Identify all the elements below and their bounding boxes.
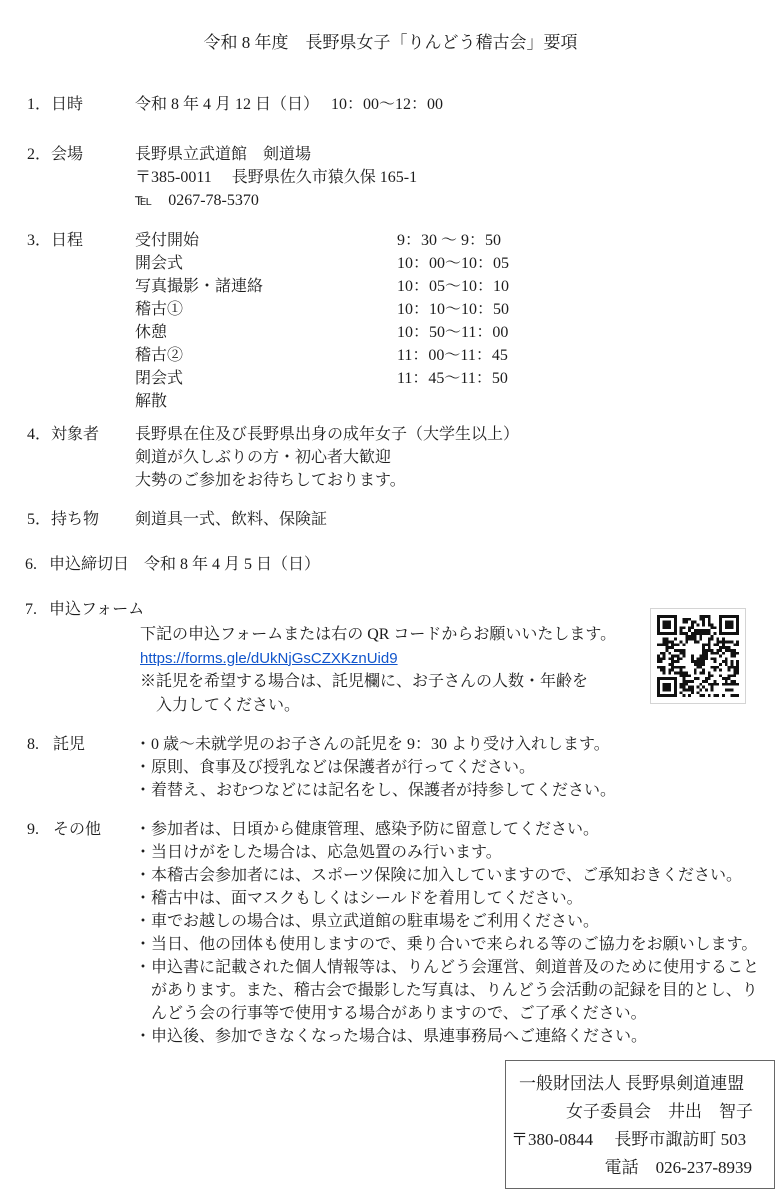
form-instruction-line: ※託児を希望する場合は、託児欄に、お子さんの人数・年齢を [140, 670, 660, 694]
childcare-details: ・0 歳～未就学児のお子さんの託児を 9：30 より受け入れします。 ・原則、食… [135, 733, 767, 802]
organizer-phone: 電話 026-237-8939 [506, 1154, 774, 1182]
section-childcare: 8.託児 ・0 歳～未就学児のお子さんの託児を 9：30 より受け入れします。 … [27, 733, 767, 802]
form-instruction-line: 入力してください。 [140, 694, 660, 718]
other-line: ・当日けがをした場合は、応急処置のみ行います。 [135, 841, 767, 864]
section-audience: 4．対象者 長野県在住及び長野県出身の成年女子（大学生以上） 剣道が久しぶりの方… [27, 423, 767, 492]
section-belongings: 5．持ち物 剣道具一式、飲料、保険証 [27, 508, 767, 531]
section-form: 7.申込フォーム [25, 598, 144, 621]
section-venue-label: 2．会場 [27, 143, 135, 212]
other-line: ・稽古中は、面マスクもしくはシールドを着用してください。 [135, 887, 767, 910]
audience-line: 剣道が久しぶりの方・初心者大歓迎 [135, 446, 767, 469]
application-form-link[interactable]: https://forms.gle/dUkNjGsCZXKznUid9 [140, 647, 398, 671]
organizer-contact-box: 一般財団法人 長野県剣道連盟 女子委員会 井出 智子 〒380-0844 長野市… [505, 1060, 775, 1189]
section-belongings-label: 5．持ち物 [27, 508, 135, 531]
section-datetime-label: 1．日時 [27, 93, 135, 116]
schedule-table: 受付開始9：30 ～ 9：50 開会式10：00～10：05 写真撮影・諸連絡1… [135, 229, 767, 413]
schedule-row: 受付開始9：30 ～ 9：50 [135, 229, 767, 252]
audience-details: 長野県在住及び長野県出身の成年女子（大学生以上） 剣道が久しぶりの方・初心者大歓… [135, 423, 767, 492]
deadline-label: 申込締切日 [49, 556, 129, 573]
form-instructions: 下記の申込フォームまたは右の QR コードからお願いいたします。 https:/… [140, 623, 660, 717]
section-audience-label: 4．対象者 [27, 423, 135, 492]
section-datetime: 1．日時 令和 8 年 4 月 12 日（日） 10：00～12：00 [27, 93, 767, 116]
audience-line: 長野県在住及び長野県出身の成年女子（大学生以上） [135, 423, 767, 446]
other-line: んどう会の行事等で使用する場合がありますので、ご了承ください。 [135, 1002, 767, 1025]
other-line: ・本稽古会参加者には、スポーツ保険に加入していますので、ご承知おきください。 [135, 864, 767, 887]
qr-code [650, 608, 746, 704]
schedule-row: 写真撮影・諸連絡10：05～10：10 [135, 275, 767, 298]
other-line: があります。また、稽古会で撮影した写真は、りんどう会活動の記録を目的とし、り [135, 979, 767, 1002]
datetime-value: 令和 8 年 4 月 12 日（日） 10：00～12：00 [135, 93, 767, 116]
childcare-line: ・原則、食事及び授乳などは保護者が行ってください。 [135, 756, 767, 779]
section-schedule-label: 3．日程 [27, 229, 135, 413]
venue-address: 〒385-0011 長野県佐久市猿久保 165-1 [135, 166, 767, 189]
childcare-line: ・着替え、おむつなどには記名をし、保護者が持参してください。 [135, 779, 767, 802]
page-title: 令和 8 年度 長野県女子「りんどう稽古会」要項 [0, 31, 781, 54]
schedule-row: 解散 [135, 390, 767, 413]
section-venue: 2．会場 長野県立武道館 剣道場 〒385-0011 長野県佐久市猿久保 165… [27, 143, 767, 212]
form-label: 申込フォーム [49, 601, 144, 618]
section-schedule: 3．日程 受付開始9：30 ～ 9：50 開会式10：00～10：05 写真撮影… [27, 229, 767, 413]
belongings-value: 剣道具一式、飲料、保険証 [135, 508, 767, 531]
organizer-name: 一般財団法人 長野県剣道連盟 [506, 1070, 774, 1098]
other-line: ・申込後、参加できなくなった場合は、県連事務局へご連絡ください。 [135, 1025, 767, 1048]
form-instruction-line: 下記の申込フォームまたは右の QR コードからお願いいたします。 [140, 623, 660, 647]
schedule-row: 休憩10：50～11：00 [135, 321, 767, 344]
form-num: 7. [25, 601, 37, 618]
qr-code-image [657, 615, 739, 697]
other-line: ・参加者は、日頃から健康管理、感染予防に留意してください。 [135, 818, 767, 841]
childcare-line: ・0 歳～未就学児のお子さんの託児を 9：30 より受け入れします。 [135, 733, 767, 756]
section-deadline: 6.申込締切日令和 8 年 4 月 5 日（日） [25, 553, 320, 576]
venue-phone: ℡ 0267-78-5370 [135, 189, 767, 212]
section-other: 9.その他 ・参加者は、日頃から健康管理、感染予防に留意してください。 ・当日け… [27, 818, 767, 1048]
organizer-committee: 女子委員会 井出 智子 [506, 1098, 774, 1126]
schedule-row: 閉会式11：45～11：50 [135, 367, 767, 390]
other-details: ・参加者は、日頃から健康管理、感染予防に留意してください。 ・当日けがをした場合… [135, 818, 767, 1048]
document-page: 令和 8 年度 長野県女子「りんどう稽古会」要項 1．日時 令和 8 年 4 月… [0, 0, 781, 1200]
section-childcare-label: 8.託児 [27, 733, 135, 802]
audience-line: 大勢のご参加をお待ちしております。 [135, 469, 767, 492]
schedule-row: 開会式10：00～10：05 [135, 252, 767, 275]
venue-name: 長野県立武道館 剣道場 [135, 143, 767, 166]
deadline-value: 令和 8 年 4 月 5 日（日） [144, 556, 320, 573]
schedule-row: 稽古①10：10～10：50 [135, 298, 767, 321]
other-line: ・当日、他の団体も使用しますので、乗り合いで来られる等のご協力をお願いします。 [135, 933, 767, 956]
organizer-address: 〒380-0844 長野市諏訪町 503 [506, 1126, 774, 1154]
deadline-num: 6. [25, 556, 37, 573]
other-line: ・申込書に記載された個人情報等は、りんどう会運営、剣道普及のために使用すること [135, 956, 767, 979]
venue-details: 長野県立武道館 剣道場 〒385-0011 長野県佐久市猿久保 165-1 ℡ … [135, 143, 767, 212]
section-other-label: 9.その他 [27, 818, 135, 1048]
other-line: ・車でお越しの場合は、県立武道館の駐車場をご利用ください。 [135, 910, 767, 933]
schedule-row: 稽古②11：00～11：45 [135, 344, 767, 367]
